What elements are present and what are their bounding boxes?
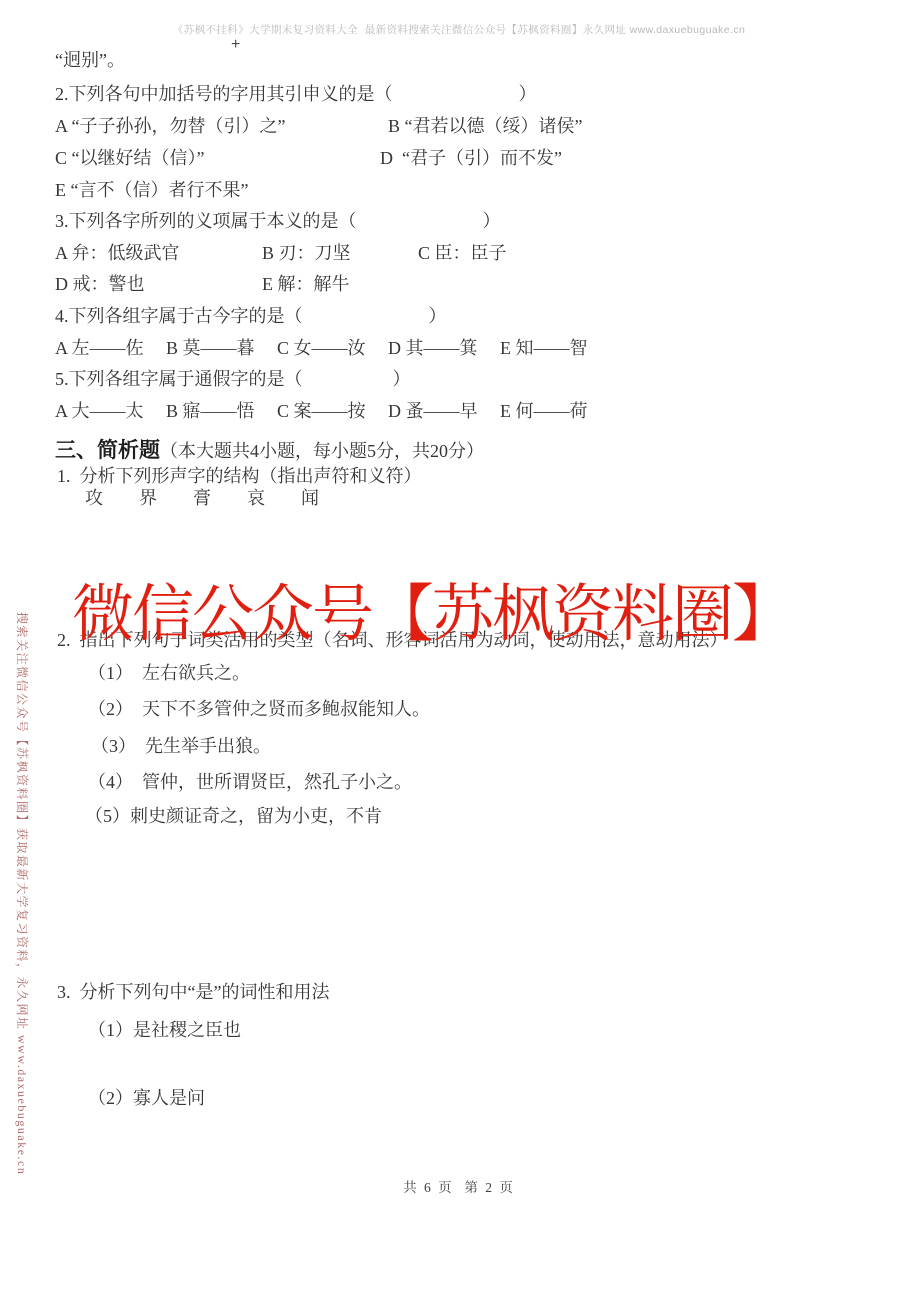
exam-document-page: 《苏枫不挂科》大学期末复习资料大全 最新资料搜索关注微信公众号【苏枫资料圈】永久… [0,0,918,1298]
analysis-q2-item-4: （4） 管仲，世所谓贤臣，然孔子小之。 [88,770,412,794]
page-number-footer: 共 6 页 第 2 页 [0,1176,918,1196]
question-3-title: 3.下列各字所列的义项属于本义的是（ ） [55,209,501,233]
intro-line: “迥别”。 [55,48,125,72]
header-watermark-text: 《苏枫不挂科》大学期末复习资料大全 最新资料搜索关注微信公众号【苏枫资料圈】永久… [0,22,918,37]
analysis-q2-item-3: （3） 先生举手出狼。 [91,734,271,758]
question-5-title: 5.下列各组字属于通假字的是（ ） [55,367,411,391]
analysis-q2-item-5: （5）刺史颜证奇之，留为小吏，不肯 [85,804,382,828]
question-2-option-a: A “子子孙孙，勿替（引）之” [55,114,285,138]
question-3-option-d: D 戒：警也 [55,272,145,296]
analysis-q1-title: 1. 分析下列形声字的结构（指出声符和义符） [57,464,422,488]
plus-artifact: + [231,36,240,54]
question-4-options-row: A 左——佐 B 莫——暮 C 女——汝 D 其——箕 E 知——智 [55,336,588,360]
section-3-heading-suffix: （本大题共4小题，每小题5分，共20分） [160,441,484,461]
wechat-red-watermark: 微信公众号【苏枫资料圈】 [72,584,792,646]
question-2-option-c: C “以继好结（信）” [55,146,204,170]
question-2-option-d: D “君子（引）而不发” [380,146,562,170]
question-3-option-e: E 解：解牛 [262,272,350,296]
analysis-q2-item-2: （2） 天下不多管仲之贤而多鲍叔能知人。 [88,697,430,721]
question-5-options-row: A 大——太 B 寤——悟 C 案——按 D 蚤——早 E 何——荷 [55,399,588,423]
question-2-option-b: B “君若以德（绥）诸侯” [388,114,582,138]
question-3-option-a: A 弁：低级武官 [55,241,180,265]
question-4-title: 4.下列各组字属于古今字的是（ ） [55,304,447,328]
analysis-q3-item-1: （1）是社稷之臣也 [88,1018,241,1042]
analysis-q3-item-2: （2）寡人是问 [88,1086,205,1110]
analysis-q3-title: 3. 分析下列句中“是”的词性和用法 [57,980,329,1004]
section-3-heading: 三、简析题（本大题共4小题，每小题5分，共20分） [55,434,484,464]
analysis-q1-characters: 攻 界 膏 哀 闻 [85,486,319,510]
analysis-q2-item-1: （1） 左右欲兵之。 [88,661,250,685]
section-3-heading-bold: 三、简析题 [55,438,160,462]
question-2-title: 2.下列各句中加括号的字用其引申义的是（ ） [55,82,537,106]
question-3-option-b: B 刃：刀坚 [262,241,351,265]
left-vertical-watermark: 搜索关注微信公众号【苏枫资料圈】获取最新大学复习资料，永久网址 www.daxu… [14,612,30,1175]
question-3-option-c: C 臣：臣子 [418,241,507,265]
question-2-option-e: E “言不（信）者行不果” [55,178,248,202]
